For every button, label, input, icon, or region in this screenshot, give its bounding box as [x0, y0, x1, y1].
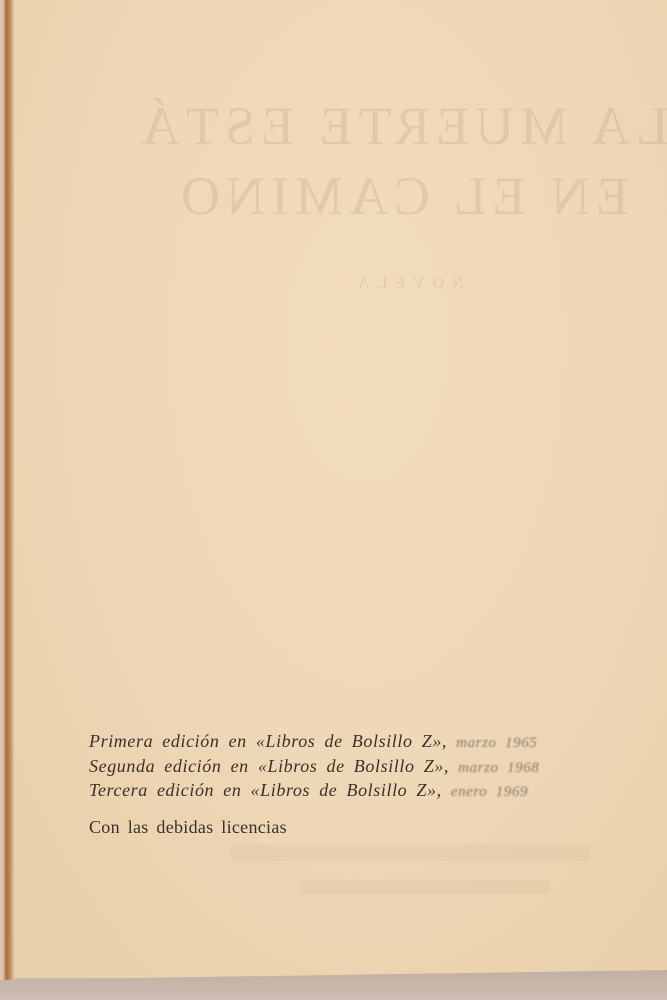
book-cover-edge — [0, 0, 14, 985]
edition-line: Tercera edición en «Libros de Bolsillo Z… — [89, 779, 539, 804]
edition-text: Segunda edición en «Libros de Bolsillo Z… — [89, 756, 449, 776]
book-page: LA MUERTE ESTÁ EN EL CAMINO NOVELA Prime… — [0, 0, 667, 978]
show-through-smudge — [230, 845, 590, 861]
edition-history: Primera edición en «Libros de Bolsillo Z… — [89, 730, 539, 804]
show-through-subtitle: NOVELA — [350, 275, 464, 293]
edition-text: Primera edición en «Libros de Bolsillo Z… — [89, 731, 447, 751]
show-through-title-line1: LA MUERTE ESTÁ — [135, 95, 667, 157]
edition-line: Primera edición en «Libros de Bolsillo Z… — [89, 730, 539, 755]
edition-text: Tercera edición en «Libros de Bolsillo Z… — [89, 780, 442, 800]
edition-date: enero 1969 — [451, 784, 528, 800]
show-through-smudge — [300, 880, 550, 894]
edition-date: marzo 1965 — [456, 735, 537, 751]
show-through-title-line2: EN EL CAMINO — [175, 165, 629, 227]
licenses-note: Con las debidas licencias — [89, 817, 287, 838]
edition-date: marzo 1968 — [458, 760, 539, 776]
edition-line: Segunda edición en «Libros de Bolsillo Z… — [89, 755, 539, 780]
